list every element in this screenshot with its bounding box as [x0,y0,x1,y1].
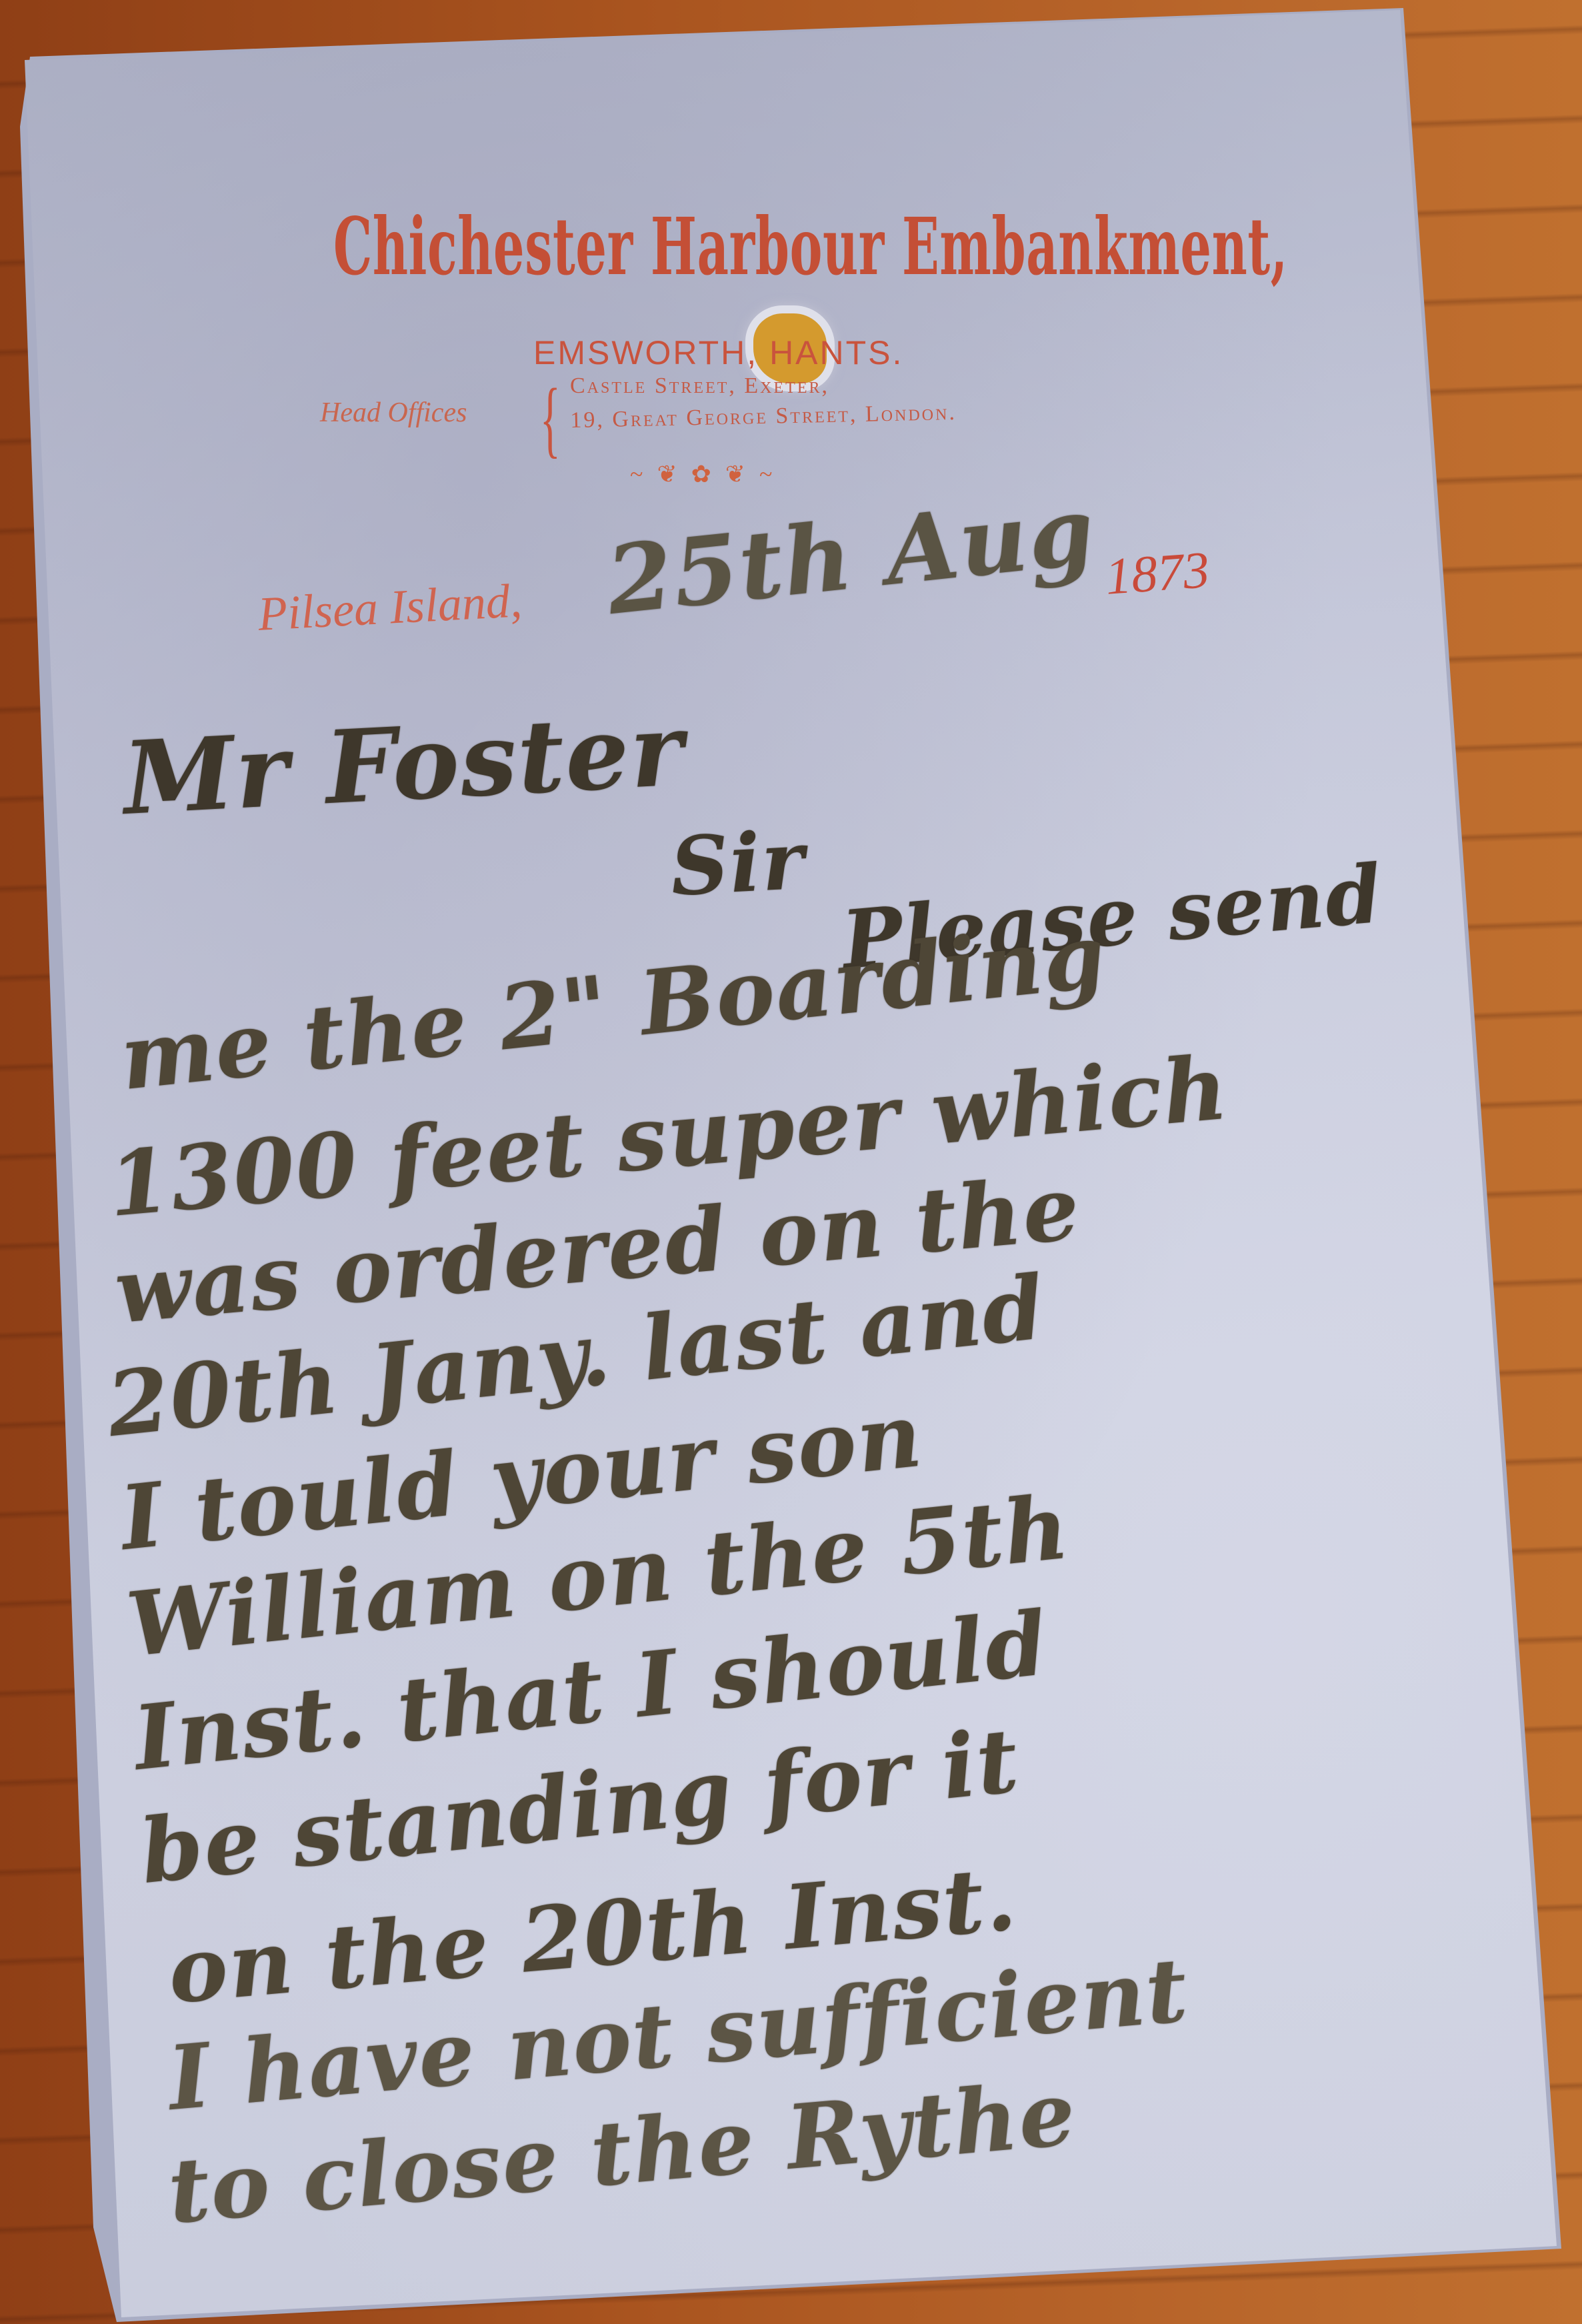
head-offices-label: Head Offices [320,397,467,429]
letterhead-title: Chichester Harbour Embankment, [333,200,1288,293]
address-line-exeter: Castle Street, Exeter, [570,373,829,399]
letterhead-town: EMSWORTH, HANTS. [533,333,903,372]
ornament-flourish-icon: ~ ❦ ✿ ❦ ~ [630,460,776,488]
salutation: Sir [669,814,808,914]
address-brace: { [540,370,561,468]
dateline-year: 1873 [1103,539,1211,607]
